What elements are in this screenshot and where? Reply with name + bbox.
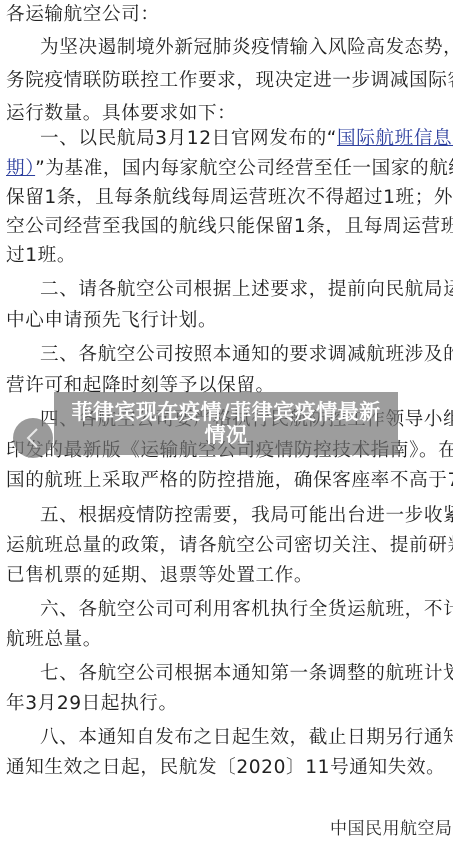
doc-line: 务院疫情联防联控工作要求，现决定进一步调减国际客运航班: [6, 70, 453, 92]
doc-text: ”为基准，国内每家航空公司经营至任一国家的航线只能: [35, 158, 453, 179]
title-overlay: 菲律宾现在疫情/菲律宾疫情最新情况: [54, 392, 398, 455]
doc-line: 为坚决遏制境外新冠肺炎疫情输入风险高发态势，根据国: [40, 37, 453, 59]
doc-text: 一、以民航局3月12日官网发布的“: [40, 128, 337, 149]
doc-line: 七、各航空公司根据本通知第一条调整的航班计划自2020: [40, 663, 453, 685]
doc-line: 六、各航空公司可利用客机执行全货运航班，不计入客运: [40, 599, 453, 621]
doc-line: 一、以民航局3月12日官网发布的“国际航班信息发布（第5: [40, 128, 453, 150]
doc-line: 八、本通知自发布之日起生效，截止日期另行通知。自本: [40, 727, 453, 749]
doc-line: 国的航班上采取严格的防控措施，确保客座率不高于75%。: [6, 470, 453, 492]
doc-line: 空公司经营至我国的航线只能保留1条，且每周运营班次不得超: [6, 216, 453, 238]
notice-link[interactable]: 国际航班信息发布（第5: [337, 128, 453, 149]
doc-line: 三、各航空公司按照本通知的要求调减航班涉及的航线经: [40, 344, 453, 366]
doc-line: 年3月29日起执行。: [6, 693, 178, 715]
overlay-title: 菲律宾现在疫情/菲律宾疫情最新情况: [54, 401, 398, 447]
notice-link-cont[interactable]: 期）: [6, 158, 35, 179]
doc-line: 运行数量。具体要求如下：: [6, 103, 236, 125]
doc-line: 保留1条，且每条航线每周运营班次不得超过1班；外国每家航: [6, 187, 453, 209]
doc-line: 二、请各航空公司根据上述要求，提前向民航局运行监控: [40, 279, 453, 301]
doc-line: 航班总量。: [6, 629, 102, 651]
chevron-left-icon: [25, 427, 41, 449]
doc-line: 过1班。: [6, 245, 76, 267]
doc-line: 中心申请预先飞行计划。: [6, 310, 217, 332]
back-button[interactable]: [13, 418, 53, 458]
doc-line: 通知生效之日起，民航发〔2020〕11号通知失效。: [6, 757, 445, 779]
signature: 中国民用航空局: [330, 818, 453, 840]
doc-line: 五、根据疫情防控需要，我局可能出台进一步收紧国际客: [40, 505, 453, 527]
doc-line: 期）”为基准，国内每家航空公司经营至任一国家的航线只能: [6, 158, 453, 180]
doc-line: 各运输航空公司：: [6, 4, 160, 26]
doc-line: 运航班总量的政策，请各航空公司密切关注、提前研判，做好: [6, 535, 453, 557]
doc-line: 已售机票的延期、退票等处置工作。: [6, 565, 313, 587]
